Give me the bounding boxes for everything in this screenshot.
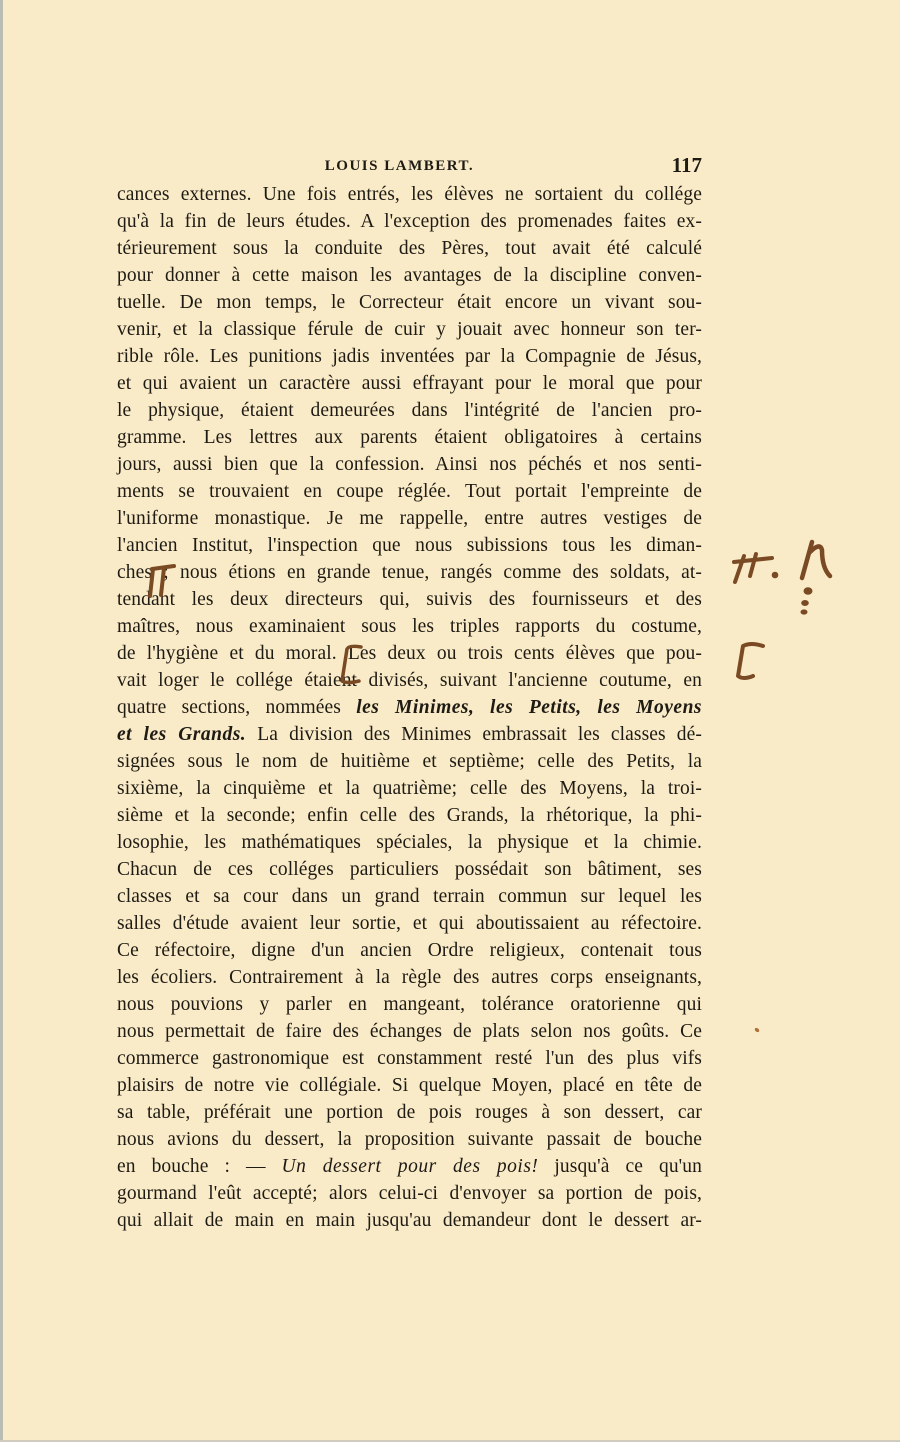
text-line: qu'à la fin de leurs études. A l'excepti… <box>117 208 702 235</box>
text-line: et qui avaient un caractère aussi effray… <box>117 370 702 397</box>
text-line: térieurement sous la conduite des Pères,… <box>117 235 702 262</box>
text-line: tuelle. De mon temps, le Correcteur étai… <box>117 289 702 316</box>
text-line: l'ancien Institut, l'inspection que nous… <box>117 532 702 559</box>
text-line: Chacun de ces colléges particuliers poss… <box>117 856 702 883</box>
running-head: LOUIS LAMBERT. 117 <box>117 150 702 180</box>
italic-phrase: et les Grands. <box>117 724 246 745</box>
text-line: le physique, étaient demeurées dans l'in… <box>117 397 702 424</box>
text-line: jours, aussi bien que la confession. Ain… <box>117 451 702 478</box>
body-text: cances externes. Une fois entrés, les él… <box>117 181 702 1234</box>
text-line: tendant les deux directeurs qui, suivis … <box>117 586 702 613</box>
paragraph-mark-icon <box>146 563 176 599</box>
italic-phrase: Un dessert pour des pois! <box>282 1156 539 1177</box>
margin-note-pi-icon <box>730 548 780 586</box>
text-line: maîtres, nous examinaient sous les tripl… <box>117 613 702 640</box>
new-paragraph-bracket-icon <box>337 643 365 687</box>
text-line: pour donner à cette maison les avantages… <box>117 262 702 289</box>
scan-left-edge <box>0 0 3 1442</box>
text-line: salles d'étude avaient leur sortie, et q… <box>117 910 702 937</box>
text-line: cances externes. Une fois entrés, les él… <box>117 181 702 208</box>
text-line: commerce gastronomique est constamment r… <box>117 1045 702 1072</box>
text-line: qui allait de main en main jusqu'au dema… <box>117 1207 702 1234</box>
running-title: LOUIS LAMBERT. <box>117 158 702 175</box>
text-line: losophie, les mathématiques spéciales, l… <box>117 829 702 856</box>
text-line: nous avions du dessert, la proposition s… <box>117 1126 702 1153</box>
text-line: signées sous le nom de huitième et septi… <box>117 748 702 775</box>
page-number: 117 <box>672 153 702 178</box>
italic-phrase: les Minimes, les Petits, les Moyens <box>356 697 702 718</box>
text-line: Ce réfectoire, digne d'un ancien Ordre r… <box>117 937 702 964</box>
text-line: de l'hygiène et du moral. Les deux ou tr… <box>117 640 702 667</box>
text-line: nous pouvions y parler en mangeant, tolé… <box>117 991 702 1018</box>
text-line: sixième, la cinquième et la quatrième; c… <box>117 775 702 802</box>
margin-note-bracket-icon <box>733 640 767 684</box>
text-line: nous permettait de faire des échanges de… <box>117 1018 702 1045</box>
text-line: ments se trouvaient en coupe réglée. Tou… <box>117 478 702 505</box>
text-line: plaisirs de notre vie collégiale. Si que… <box>117 1072 702 1099</box>
text-line: sa table, préférait une portion de pois … <box>117 1099 702 1126</box>
text-line: vait loger le collége étaient divisés, s… <box>117 667 702 694</box>
text-line: les écoliers. Contrairement à la règle d… <box>117 964 702 991</box>
text-line: classes et sa cour dans un grand terrain… <box>117 883 702 910</box>
margin-note-n-icon <box>796 538 834 622</box>
text-line: ches ; nous étions en grande tenue, rang… <box>117 559 702 586</box>
text-line: et les Grands. La division des Minimes e… <box>117 721 702 748</box>
text-line: en bouche : — Un dessert pour des pois! … <box>117 1153 702 1180</box>
ink-speck-icon <box>753 1026 761 1034</box>
text-line: sième et la seconde; enfin celle des Gra… <box>117 802 702 829</box>
text-line: venir, et la classique férule de cuir y … <box>117 316 702 343</box>
text-line: rible rôle. Les punitions jadis inventée… <box>117 343 702 370</box>
book-page: LOUIS LAMBERT. 117 cances externes. Une … <box>117 150 702 1234</box>
text-line: l'uniforme monastique. Je me rappelle, e… <box>117 505 702 532</box>
text-line: quatre sections, nommées les Minimes, le… <box>117 694 702 721</box>
text-line: gramme. Les lettres aux parents étaient … <box>117 424 702 451</box>
text-line: gourmand l'eût accepté; alors celui-ci d… <box>117 1180 702 1207</box>
